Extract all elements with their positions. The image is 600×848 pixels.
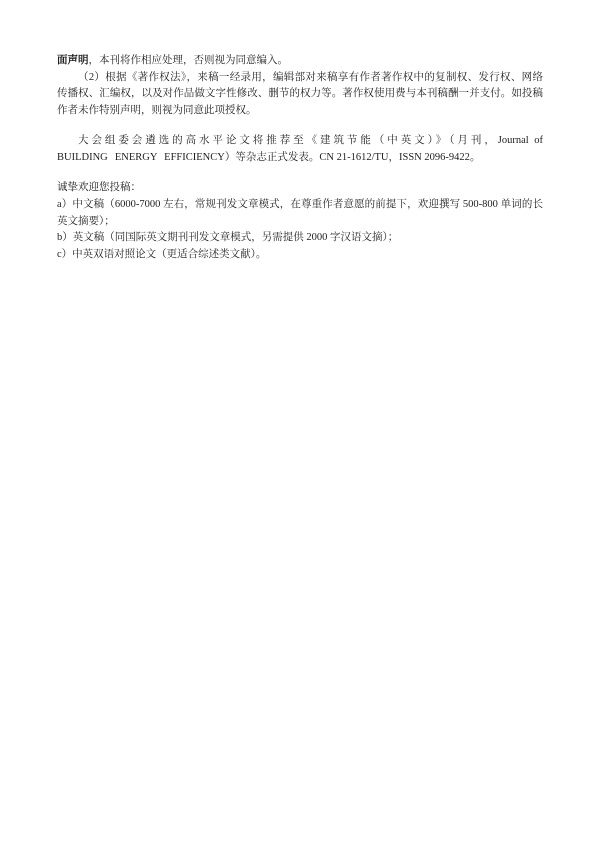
copyright-line1-bold-fragment: 面声明 — [57, 55, 89, 66]
page-text-block: 面声明，本刊将作相应处理，否则视为同意编入。 （2）根据《著作权法》，来稿一经录… — [57, 53, 543, 264]
journal-paragraph-line2: BUILDING ENERGY EFFICIENCY）等杂志正式发表。CN 21… — [57, 150, 543, 167]
submission-option-b: b）英文稿（同国际英文期刊刊发文章模式，另需提供 2000 字汉语文摘）； — [57, 230, 543, 247]
journal-line2-text: ）等杂志正式发表。CN 21-1612/TU，ISSN 2096-9422。 — [225, 152, 481, 163]
submission-option-a-line1: a）中文稿（6000-7000 左右，常规刊发文章模式，在尊重作者意愿的前提下，… — [57, 197, 543, 214]
copyright-paragraph-line3: 传播权、汇编权，以及对作品做文字性修改、删节的权力等。著作权使用费与本刊稿酬一并… — [57, 86, 543, 103]
document-page: 面声明，本刊将作相应处理，否则视为同意编入。 （2）根据《著作权法》，来稿一经录… — [0, 0, 600, 848]
welcome-submission-line: 诚挚欢迎您投稿： — [57, 180, 543, 197]
copyright-paragraph-line2: （2）根据《著作权法》，来稿一经录用，编辑部对来稿享有作者著作权中的复制权、发行… — [57, 70, 543, 87]
copyright-line1-text: ，本刊将作相应处理，否则视为同意编入。 — [89, 55, 289, 66]
copyright-paragraph-line4: 作者未作特别声明，则视为同意此项授权。 — [57, 103, 543, 120]
journal-paragraph-line1: 大会组委会遴选的高水平论文将推荐至《建筑节能（中英文）》（月刊，Journal … — [57, 133, 543, 150]
submission-option-a-line2: 英文摘要）； — [57, 214, 543, 231]
submission-option-c: c）中英双语对照论文（更适合综述类文献）。 — [57, 247, 543, 264]
journal-english-name: BUILDING ENERGY EFFICIENCY — [57, 152, 225, 163]
copyright-paragraph-line1: 面声明，本刊将作相应处理，否则视为同意编入。 — [57, 53, 543, 70]
